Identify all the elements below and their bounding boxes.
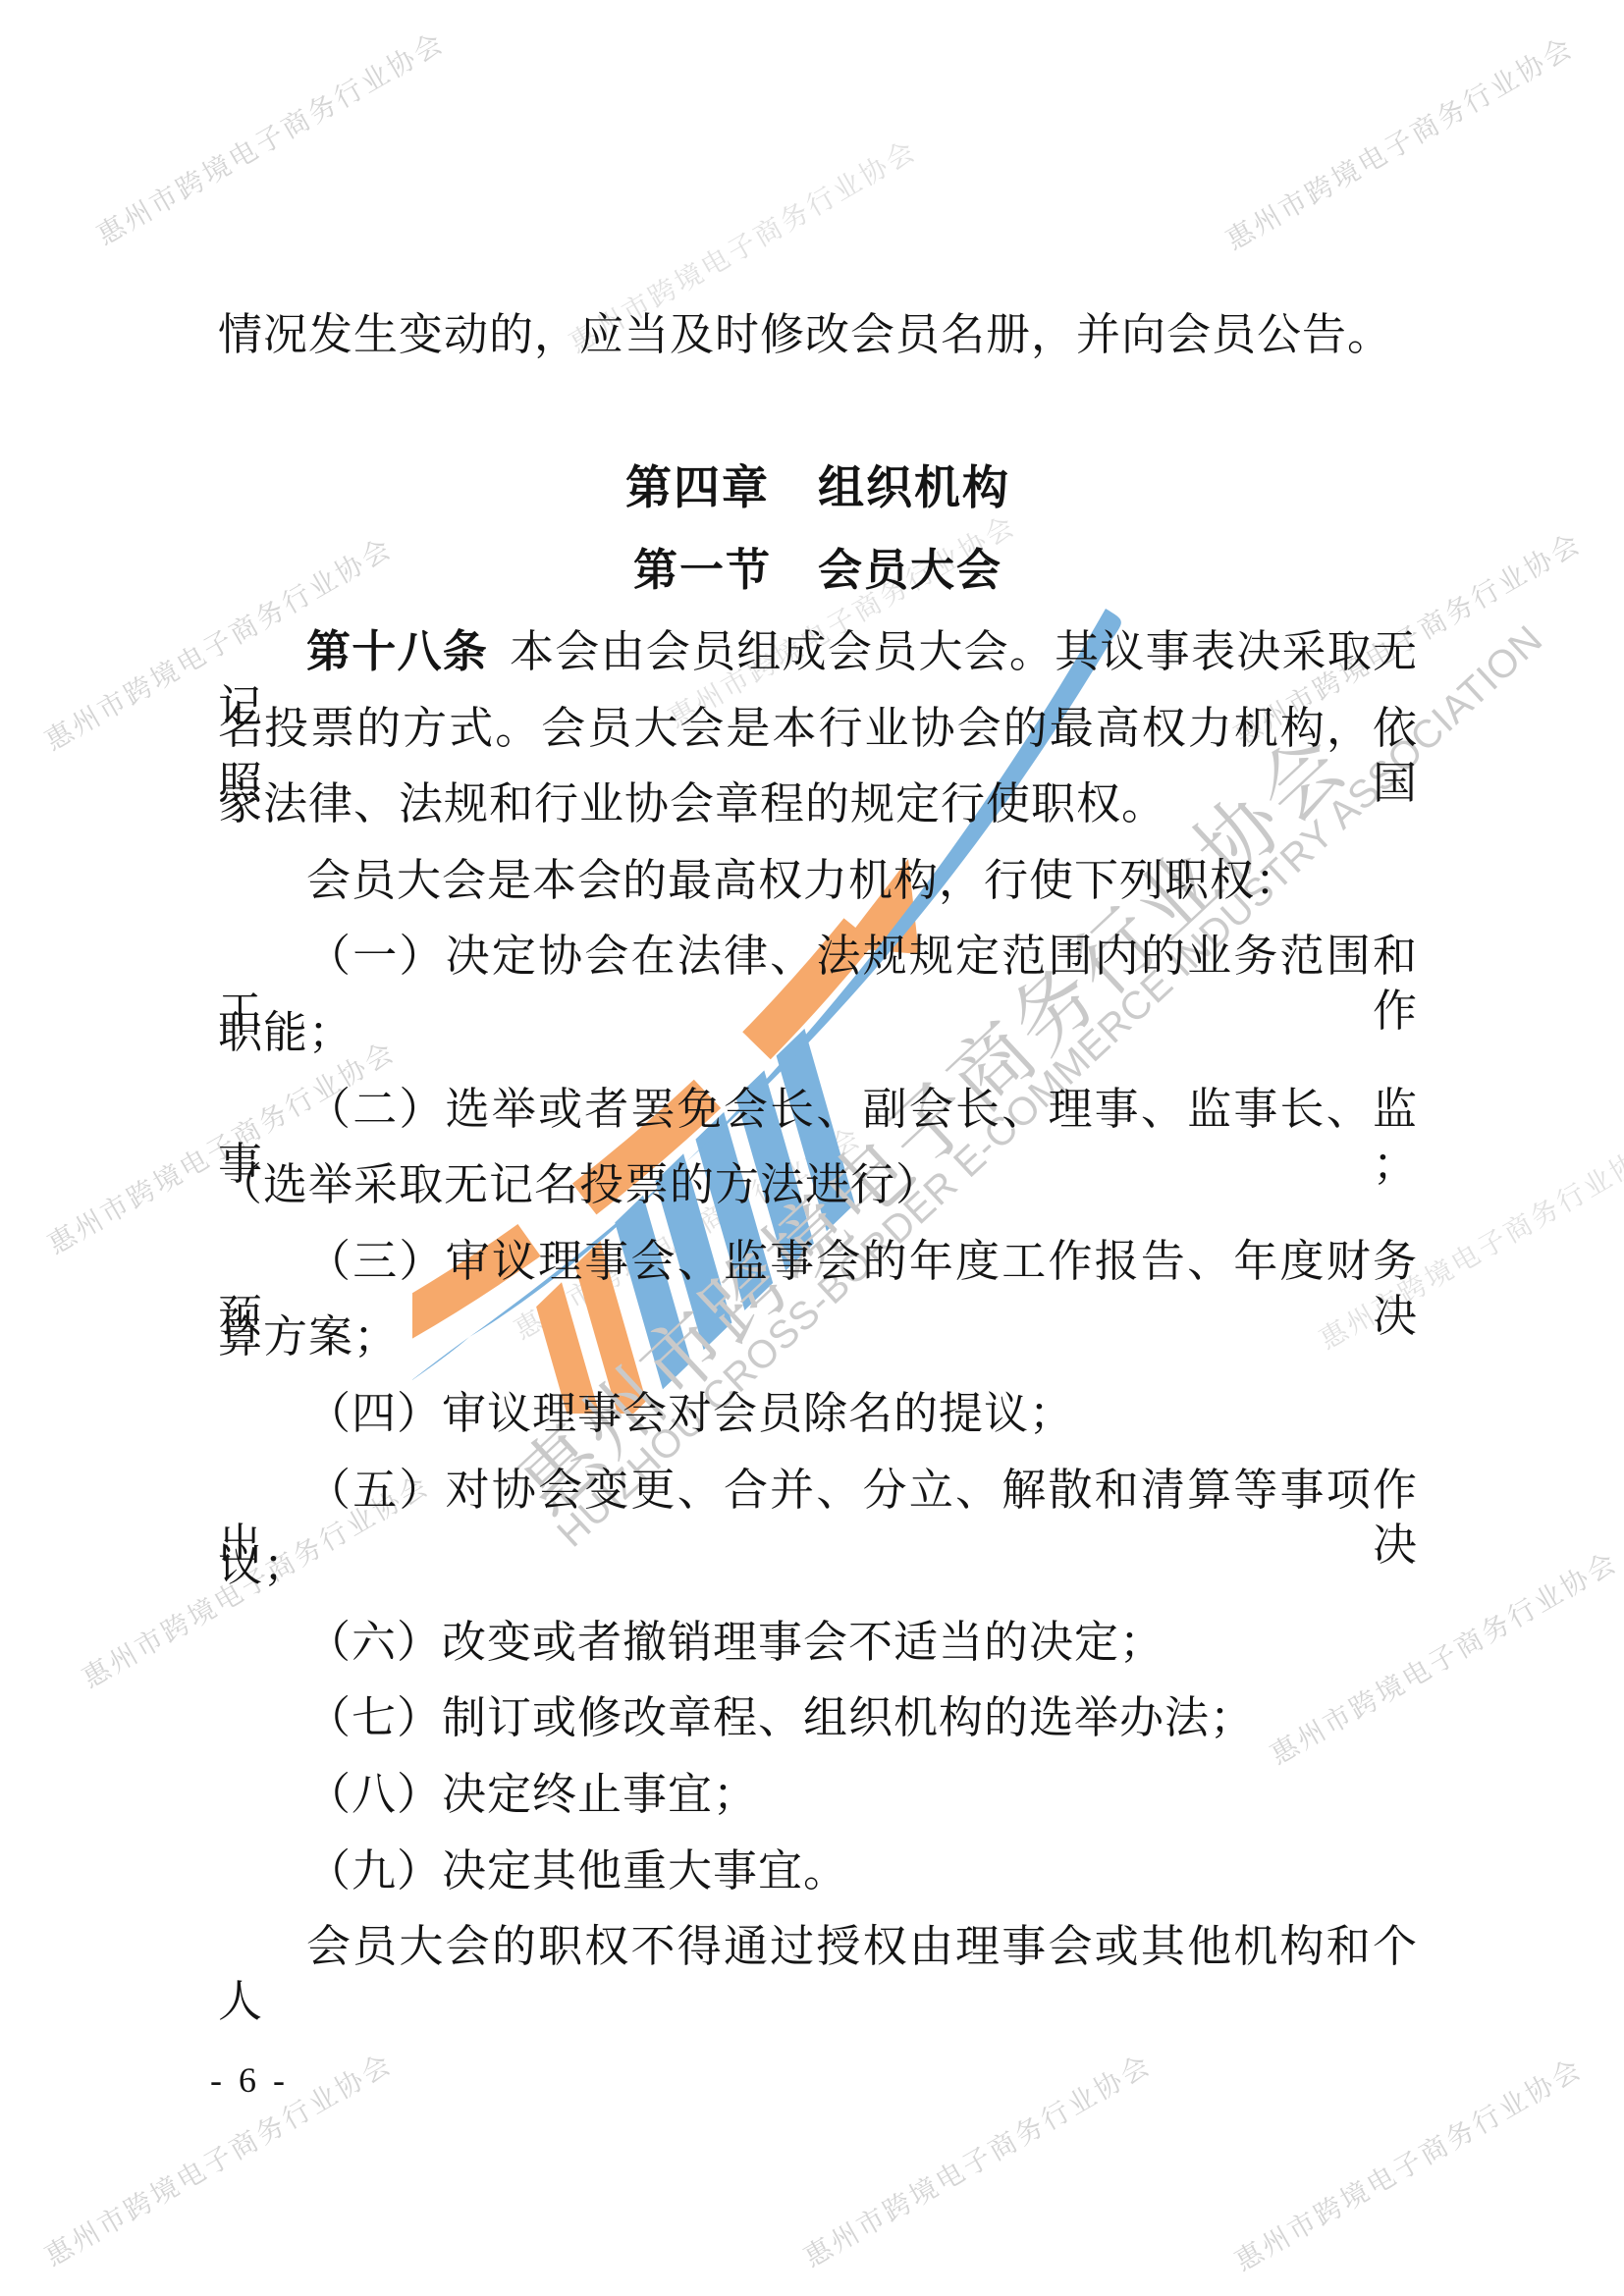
document-page: 惠州市跨境电子商务行业协会 惠州市跨境电子商务行业协会 惠州市跨境电子商务行业协… <box>0 0 1624 2296</box>
body-line: （六）改变或者撤销理事会不适当的决定； <box>218 1615 1418 1670</box>
body-line: 职能； <box>218 1005 1418 1060</box>
body-line: （八）决定终止事宜； <box>218 1767 1418 1822</box>
article-term: 第十八条 <box>306 627 488 676</box>
document-text: 情况发生变动的，应当及时修改会员名册，并向会员公告。 第四章 组织机构 第一节 … <box>0 0 1624 2296</box>
page-number: - 6 - <box>210 2059 289 2101</box>
chapter-heading: 第四章 组织机构 <box>218 461 1418 516</box>
body-line: 算方案； <box>218 1309 1418 1364</box>
body-line: （九）决定其他重大事宜。 <box>218 1843 1418 1898</box>
body-line: （四）审议理事会对会员除名的提议； <box>218 1386 1418 1441</box>
body-line: 会员大会是本会的最高权力机构，行使下列职权： <box>218 853 1418 908</box>
carryover-line: 情况发生变动的，应当及时修改会员名册，并向会员公告。 <box>218 307 1418 362</box>
section-heading: 第一节 会员大会 <box>218 543 1418 598</box>
body-line: （七）制订或修改章程、组织机构的选举办法； <box>218 1690 1418 1745</box>
body-line: （选举采取无记名投票的方法进行） <box>218 1157 1418 1212</box>
body-line: 议； <box>218 1538 1418 1593</box>
body-line: 家法律、法规和行业协会章程的规定行使职权。 <box>218 776 1418 831</box>
body-line: 会员大会的职权不得通过授权由理事会或其他机构和个人 <box>218 1919 1418 2029</box>
